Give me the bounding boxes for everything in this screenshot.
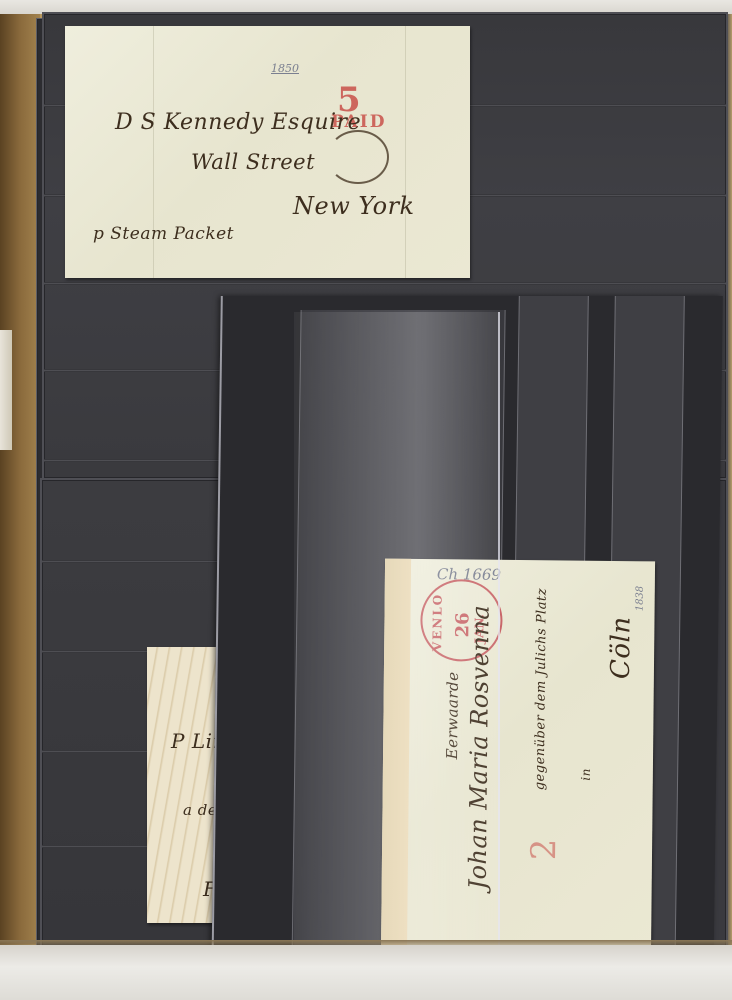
- address-line-3: New York: [293, 192, 415, 220]
- box-bottom-paper: [0, 945, 732, 1000]
- pocket-strip: [42, 560, 238, 563]
- red-rate-marking: 2: [524, 838, 564, 860]
- pencil-year: 1838: [635, 586, 646, 612]
- cover-new-york: 1850 5 PAID D S Kennedy Esquire Wall Str…: [65, 26, 470, 278]
- address-line-5: Cöln: [606, 616, 637, 679]
- pocket-strip: [44, 282, 726, 285]
- cover-flap: [381, 559, 411, 959]
- address-line-2: Johan Maria Rosvenna: [464, 605, 495, 890]
- photo-scene: 1850 5 PAID D S Kennedy Esquire Wall Str…: [0, 0, 732, 1000]
- address-line-2: Wall Street: [191, 150, 315, 174]
- fold-line: [405, 26, 406, 278]
- address-line-3: gegenüber dem Julichs Platz: [533, 588, 550, 790]
- datestamp-town: VENLO: [430, 593, 445, 651]
- box-left-wall: [0, 14, 40, 944]
- box-paper-scrap: [0, 330, 12, 450]
- cover-cologne: Ch 1669 VENLO 26 JAN. Eerwaarde Johan Ma…: [381, 559, 655, 962]
- pencil-note: 1850: [271, 62, 299, 75]
- address-line-1: D S Kennedy Esquire: [115, 110, 361, 135]
- address-line-4: in: [579, 768, 593, 781]
- address-line-1: Eerwaarde: [443, 671, 462, 759]
- flourish: [327, 130, 389, 184]
- endorsement: p Steam Packet: [93, 224, 234, 244]
